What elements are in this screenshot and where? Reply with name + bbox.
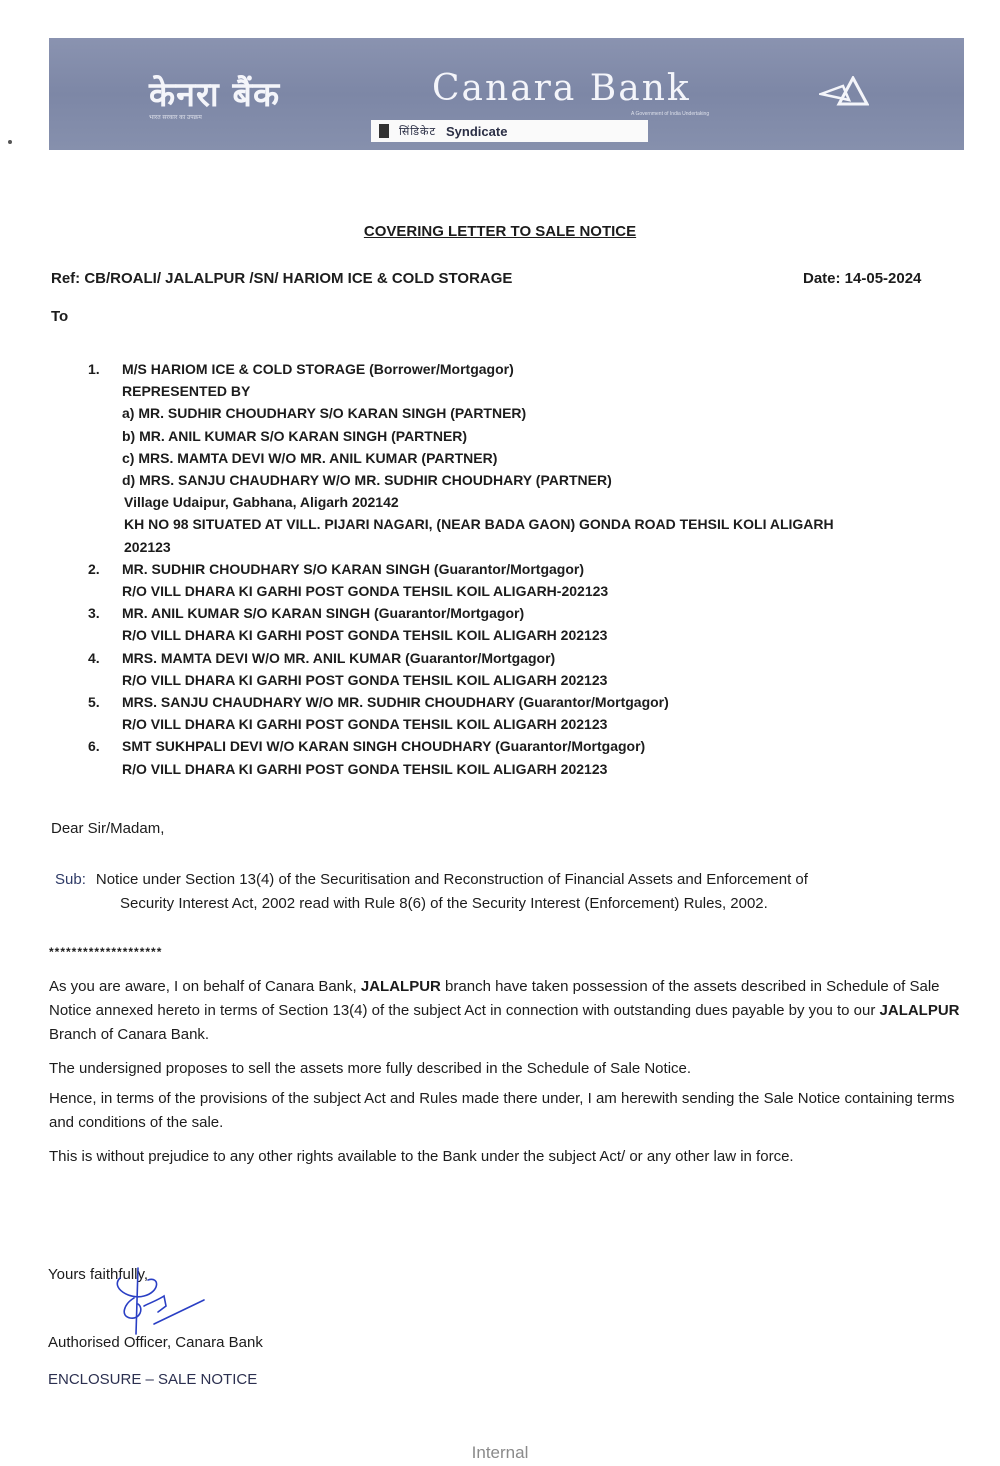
addressee-number: 4.	[88, 647, 122, 691]
classification-label: Internal	[0, 1443, 1000, 1463]
syndicate-hindi: सिंडिकेट	[399, 124, 436, 139]
addressee-line: MRS. SANJU CHAUDHARY W/O MR. SUDHIR CHOU…	[122, 691, 669, 713]
addressee-number: 1.	[88, 358, 122, 558]
scan-speck	[8, 140, 12, 144]
subject-label: Sub:	[55, 871, 86, 888]
addressee-line: R/O VILL DHARA KI GARHI POST GONDA TEHSI…	[122, 758, 645, 780]
addressee-number: 3.	[88, 602, 122, 646]
addressee-line: REPRESENTED BY	[122, 380, 834, 402]
enclosure-note: ENCLOSURE – SALE NOTICE	[48, 1371, 257, 1388]
bank-tagline-hindi: भारत सरकार का उपक्रम	[149, 113, 202, 121]
addressee-line: 202123	[122, 536, 834, 558]
paragraph-prejudice: This is without prejudice to any other r…	[49, 1145, 969, 1169]
paragraph-proposal: The undersigned proposes to sell the ass…	[49, 1057, 969, 1081]
signatory-designation: Authorised Officer, Canara Bank	[48, 1334, 263, 1351]
addressee-line: Village Udaipur, Gabhana, Aligarh 202142	[122, 491, 834, 513]
paragraph-possession: As you are aware, I on behalf of Canara …	[49, 975, 969, 1047]
bank-name-hindi: केनरा बैंक	[149, 70, 280, 116]
addressee-number: 5.	[88, 691, 122, 735]
addressee-line: R/O VILL DHARA KI GARHI POST GONDA TEHSI…	[122, 624, 607, 646]
syndicate-logo-icon	[379, 124, 389, 138]
letter-title: COVERING LETTER TO SALE NOTICE	[0, 223, 1000, 240]
canara-triangle-logo-icon	[819, 76, 869, 108]
bank-tagline: A Government of India Undertaking	[631, 111, 709, 117]
bank-name: Canara Bank	[432, 68, 691, 109]
subject-block: Sub:Notice under Section 13(4) of the Se…	[55, 868, 965, 916]
addressee-item: 6.SMT SUKHPALI DEVI W/O KARAN SINGH CHOU…	[88, 735, 918, 779]
addressee-line: a) MR. SUDHIR CHOUDHARY S/O KARAN SINGH …	[122, 402, 834, 424]
branch-name: JALALPUR	[880, 1002, 960, 1019]
addressee-line: R/O VILL DHARA KI GARHI POST GONDA TEHSI…	[122, 713, 669, 735]
addressee-line: MRS. MAMTA DEVI W/O MR. ANIL KUMAR (Guar…	[122, 647, 607, 669]
branch-name: JALALPUR	[361, 978, 441, 995]
addressee-item: 5.MRS. SANJU CHAUDHARY W/O MR. SUDHIR CH…	[88, 691, 918, 735]
addressee-item: 3.MR. ANIL KUMAR S/O KARAN SINGH (Guaran…	[88, 602, 918, 646]
addressee-list: 1.M/S HARIOM ICE & COLD STORAGE (Borrowe…	[88, 358, 918, 780]
addressee-line: c) MRS. MAMTA DEVI W/O MR. ANIL KUMAR (P…	[122, 447, 834, 469]
addressee-line: d) MRS. SANJU CHAUDHARY W/O MR. SUDHIR C…	[122, 469, 834, 491]
letter-date: Date: 14-05-2024	[803, 270, 921, 287]
letterhead-banner: केनरा बैंक भारत सरकार का उपक्रम Canara B…	[49, 38, 964, 150]
reference-number: Ref: CB/ROALI/ JALALPUR /SN/ HARIOM ICE …	[51, 270, 512, 287]
addressee-line: MR. ANIL KUMAR S/O KARAN SINGH (Guaranto…	[122, 602, 607, 624]
addressee-line: SMT SUKHPALI DEVI W/O KARAN SINGH CHOUDH…	[122, 735, 645, 757]
subject-line-2: Security Interest Act, 2002 read with Ru…	[55, 892, 965, 916]
addressee-line: R/O VILL DHARA KI GARHI POST GONDA TEHSI…	[122, 580, 608, 602]
subject-line-1: Notice under Section 13(4) of the Securi…	[96, 871, 808, 888]
addressee-line: M/S HARIOM ICE & COLD STORAGE (Borrower/…	[122, 358, 834, 380]
addressee-line: MR. SUDHIR CHOUDHARY S/O KARAN SINGH (Gu…	[122, 558, 608, 580]
addressee-number: 6.	[88, 735, 122, 779]
to-label: To	[51, 308, 68, 325]
salutation: Dear Sir/Madam,	[51, 820, 164, 837]
addressee-line: b) MR. ANIL KUMAR S/O KARAN SINGH (PARTN…	[122, 425, 834, 447]
addressee-item: 4.MRS. MAMTA DEVI W/O MR. ANIL KUMAR (Gu…	[88, 647, 918, 691]
syndicate-label: Syndicate	[446, 124, 507, 139]
paragraph-sending: Hence, in terms of the provisions of the…	[49, 1087, 969, 1135]
addressee-item: 1.M/S HARIOM ICE & COLD STORAGE (Borrowe…	[88, 358, 918, 558]
separator: ********************	[49, 945, 162, 959]
addressee-item: 2.MR. SUDHIR CHOUDHARY S/O KARAN SINGH (…	[88, 558, 918, 602]
addressee-line: KH NO 98 SITUATED AT VILL. PIJARI NAGARI…	[122, 513, 834, 535]
addressee-line: R/O VILL DHARA KI GARHI POST GONDA TEHSI…	[122, 669, 607, 691]
addressee-number: 2.	[88, 558, 122, 602]
syndicate-badge: सिंडिकेट Syndicate	[371, 120, 648, 142]
